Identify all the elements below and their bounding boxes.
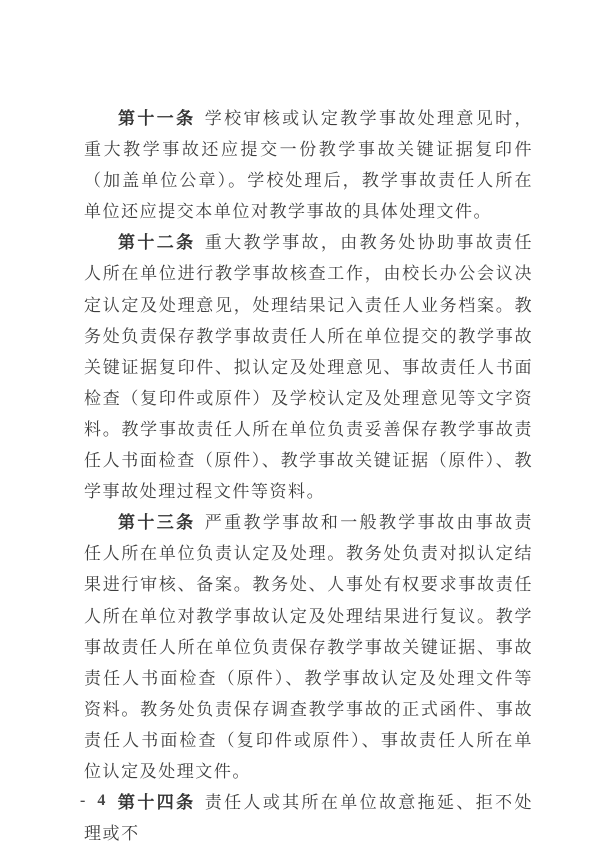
article-number-heading: 第十二条 — [118, 233, 195, 252]
article-paragraph: 第十四条责任人或其所在单位故意拖延、拒不处理或不 — [84, 787, 533, 849]
article-number-heading: 第十一条 — [118, 109, 195, 128]
article-body-text: 重大教学事故，由教务处协助事故责任人所在单位进行教学事故核查工作，由校长办公会议… — [84, 233, 533, 501]
article-paragraph: 第十三条严重教学事故和一般教学事故由事故责任人所在单位负责认定及处理。教务处负责… — [84, 507, 533, 787]
page-number: - 4 - — [80, 792, 127, 810]
article-paragraph: 第十一条学校审核或认定教学事故处理意见时，重大教学事故还应提交一份教学事故关键证… — [84, 103, 533, 227]
article-body-text: 严重教学事故和一般教学事故由事故责任人所在单位负责认定及处理。教务处负责对拟认定… — [84, 513, 533, 781]
article-paragraph: 第十二条重大教学事故，由教务处协助事故责任人所在单位进行教学事故核查工作，由校长… — [84, 227, 533, 507]
article-number-heading: 第十三条 — [118, 513, 195, 532]
document-page: 第十一条学校审核或认定教学事故处理意见时，重大教学事故还应提交一份教学事故关键证… — [0, 0, 616, 868]
article-number-heading: 第十四条 — [118, 793, 195, 812]
document-body: 第十一条学校审核或认定教学事故处理意见时，重大教学事故还应提交一份教学事故关键证… — [84, 103, 533, 849]
